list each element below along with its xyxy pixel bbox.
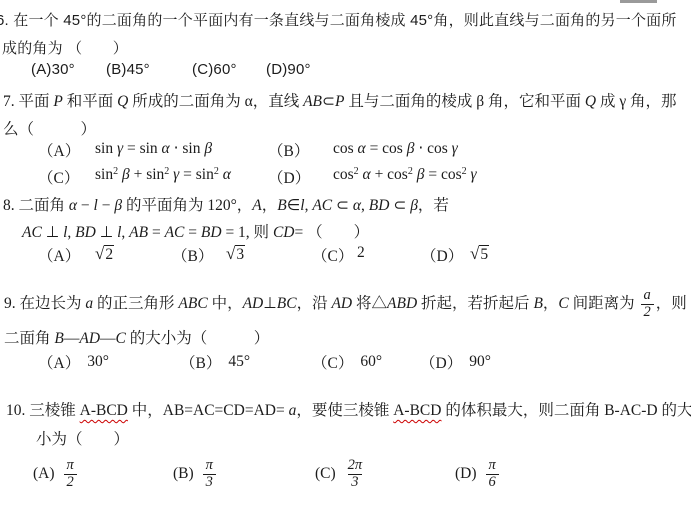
q9-option-c: （C）60° bbox=[312, 351, 382, 373]
q6-option-c: (C)60° bbox=[192, 61, 237, 78]
q7-option-d-label: （D） bbox=[268, 166, 310, 188]
question-10-options: (A)π2 (B)π3 (C)2π3 (D)π6 bbox=[0, 458, 691, 506]
q9-option-b: （B）45° bbox=[180, 351, 250, 373]
q8-option-b-value: √3 bbox=[226, 244, 245, 264]
q10-option-a: (A)π2 bbox=[33, 458, 79, 491]
fraction: a2 bbox=[641, 288, 654, 321]
q7-option-c-label: （C） bbox=[38, 166, 79, 188]
question-9-line-1: 9. 在边长为 a 的正三角形 ABC 中，AD⊥BC，沿 AD 将△ABD 折… bbox=[4, 288, 687, 321]
q7-option-a-label: （A） bbox=[38, 139, 80, 161]
q7-option-a-formula: sin γ = sin α ⋅ sin β bbox=[95, 139, 212, 158]
question-8-line-2: AC ⊥ l, BD ⊥ l, AB = AC = BD = 1, 则 CD= … bbox=[22, 220, 369, 242]
fraction: π2 bbox=[64, 458, 77, 491]
q7-option-b-formula: cos α = cos β ⋅ cos γ bbox=[333, 139, 458, 158]
q8-option-c-value: 2 bbox=[357, 244, 365, 262]
q8-option-a-label: （A） bbox=[38, 244, 80, 266]
q10-option-c: (C)2π3 bbox=[315, 458, 367, 491]
q8-option-a-value: √2 bbox=[95, 244, 114, 264]
q10-option-b: (B)π3 bbox=[173, 458, 218, 491]
q6-option-a: (A)30° bbox=[31, 61, 75, 78]
question-10-line-1: 10. 三棱锥 A-BCD 中，AB=AC=CD=AD= a，要使三棱锥 A-B… bbox=[6, 398, 691, 420]
radical-sign: √ bbox=[226, 244, 235, 263]
q7-option-b-label: （B） bbox=[268, 139, 309, 161]
fraction: π6 bbox=[486, 458, 499, 491]
q10-option-d: (D)π6 bbox=[455, 458, 501, 491]
q7-option-c-formula: sin2 β + sin2 γ = sin2 α bbox=[95, 166, 231, 184]
question-8-line-1: 8. 二面角 α − l − β 的平面角为 120°，A，B∈l, AC ⊂ … bbox=[3, 193, 449, 215]
fraction: 2π3 bbox=[345, 458, 366, 491]
q9-option-a: （A）30° bbox=[38, 351, 109, 373]
radical-sign: √ bbox=[470, 244, 479, 263]
fraction: π3 bbox=[203, 458, 216, 491]
q8-option-d-value: √5 bbox=[470, 244, 489, 264]
question-9-line-2: 二面角 B—AD—C 的大小为（ ） bbox=[4, 326, 269, 348]
q8-option-c-label: （C） bbox=[312, 244, 353, 266]
q7-option-d-formula: cos2 α + cos2 β = cos2 γ bbox=[333, 166, 477, 184]
radical-sign: √ bbox=[95, 244, 104, 263]
question-7-line-1: 7. 平面 P 和平面 Q 所成的二面角为 α，直线 AB⊂P 且与二面角的棱成… bbox=[3, 89, 677, 111]
document-page: 6. 在一个 45°的二面角的一个平面内有一条直线与二面角棱成 45°角，则此直… bbox=[0, 0, 691, 509]
question-10-line-2: 小为（ ） bbox=[36, 427, 129, 449]
q8-option-d-label: （D） bbox=[421, 244, 463, 266]
crop-edge-artifact bbox=[620, 0, 657, 3]
q6-option-b: (B)45° bbox=[106, 61, 150, 78]
q9-option-d: （D）90° bbox=[420, 351, 491, 373]
q8-option-b-label: （B） bbox=[172, 244, 213, 266]
q6-option-d: (D)90° bbox=[266, 61, 311, 78]
question-6-line-1: 6. 在一个 45°的二面角的一个平面内有一条直线与二面角棱成 45°角，则此直… bbox=[0, 9, 677, 30]
question-7-line-2: 么（ ） bbox=[3, 117, 96, 139]
question-6-line-2: 成的角为 （ ） bbox=[2, 37, 128, 58]
